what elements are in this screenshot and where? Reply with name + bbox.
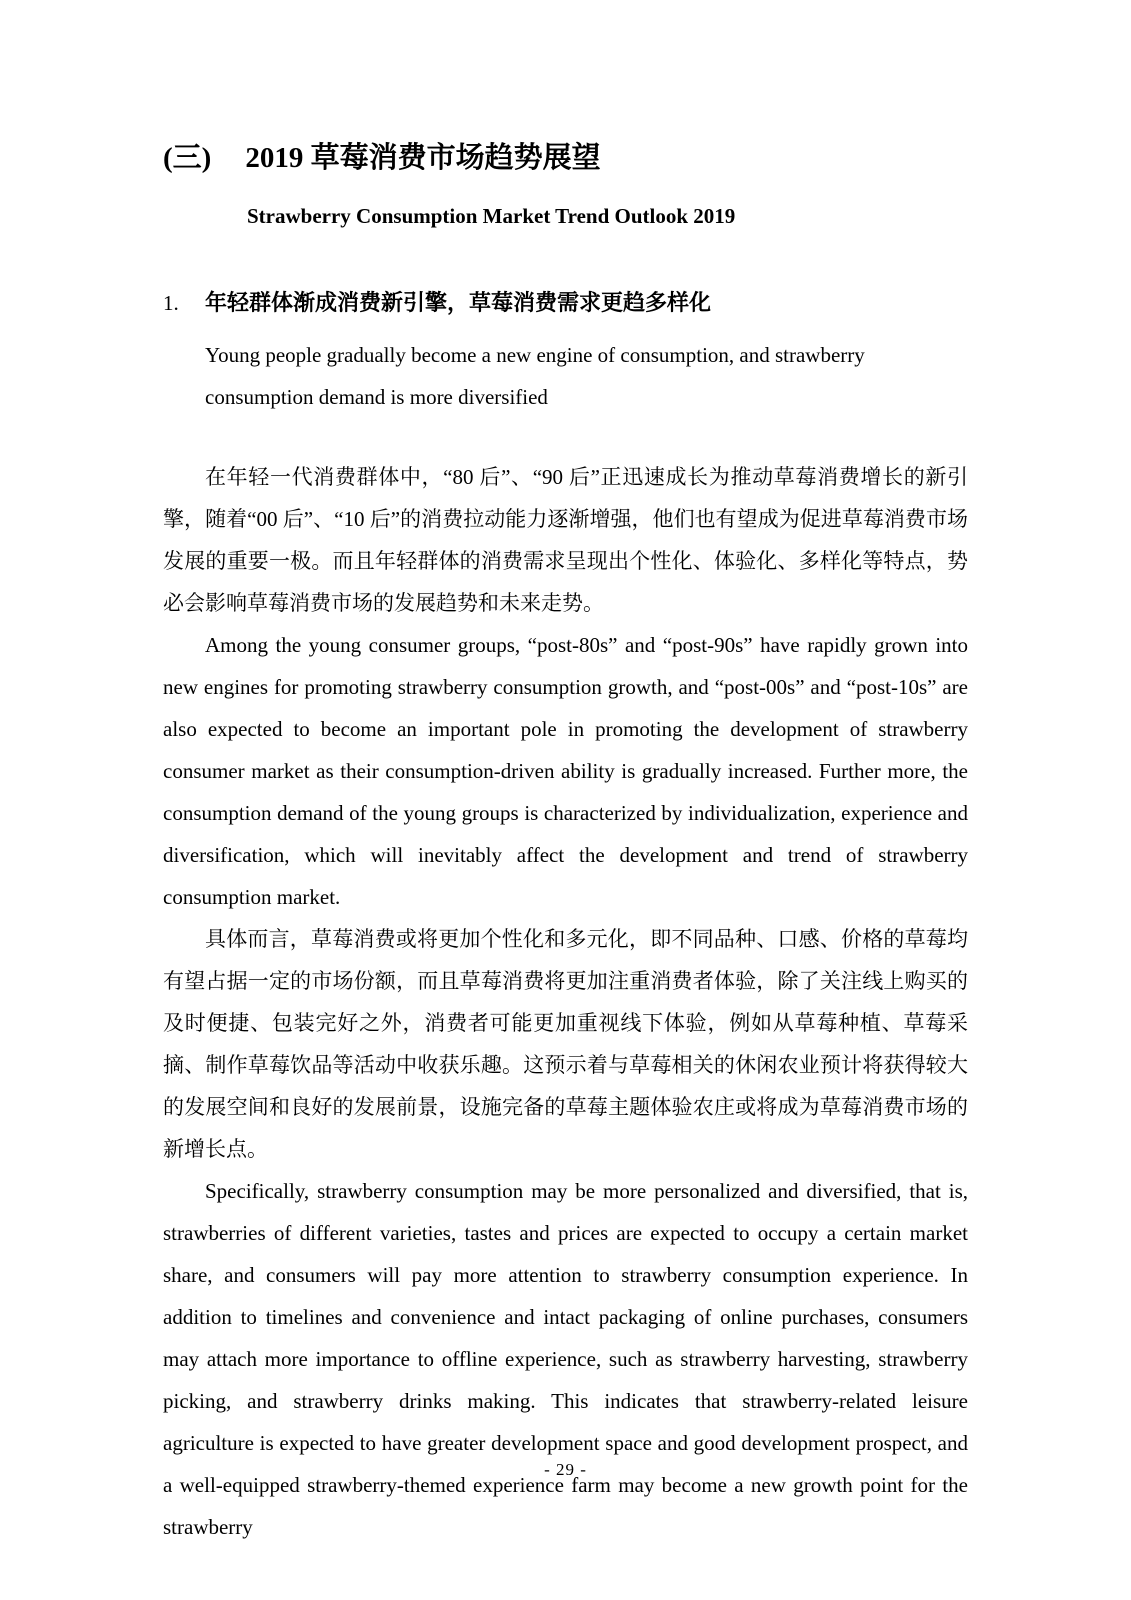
document-title: (三)2019 草莓消费市场趋势展望: [163, 140, 968, 176]
section-heading-zh: 年轻群体渐成消费新引擎，草莓消费需求更趋多样化: [205, 288, 711, 318]
section-heading: 1. 年轻群体渐成消费新引擎，草莓消费需求更趋多样化: [163, 288, 968, 318]
section-heading-en: Young people gradually become a new engi…: [205, 334, 968, 418]
page-number: - 29 -: [0, 1460, 1131, 1480]
section-number: 1.: [163, 291, 205, 316]
document-title-text: 2019 草莓消费市场趋势展望: [245, 142, 600, 174]
document-subtitle-en: Strawberry Consumption Market Trend Outl…: [247, 202, 968, 230]
paragraph-en-1: Among the young consumer groups, “post-8…: [163, 624, 968, 918]
paragraph-zh-2: 具体而言，草莓消费或将更加个性化和多元化，即不同品种、口感、价格的草莓均有望占据…: [163, 918, 968, 1170]
paragraph-en-2: Specifically, strawberry consumption may…: [163, 1170, 968, 1548]
document-title-number: (三): [163, 140, 211, 176]
document-page: (三)2019 草莓消费市场趋势展望 Strawberry Consumptio…: [0, 0, 1131, 1600]
paragraph-zh-1: 在年轻一代消费群体中，“80 后”、“90 后”正迅速成长为推动草莓消费增长的新…: [163, 456, 968, 624]
